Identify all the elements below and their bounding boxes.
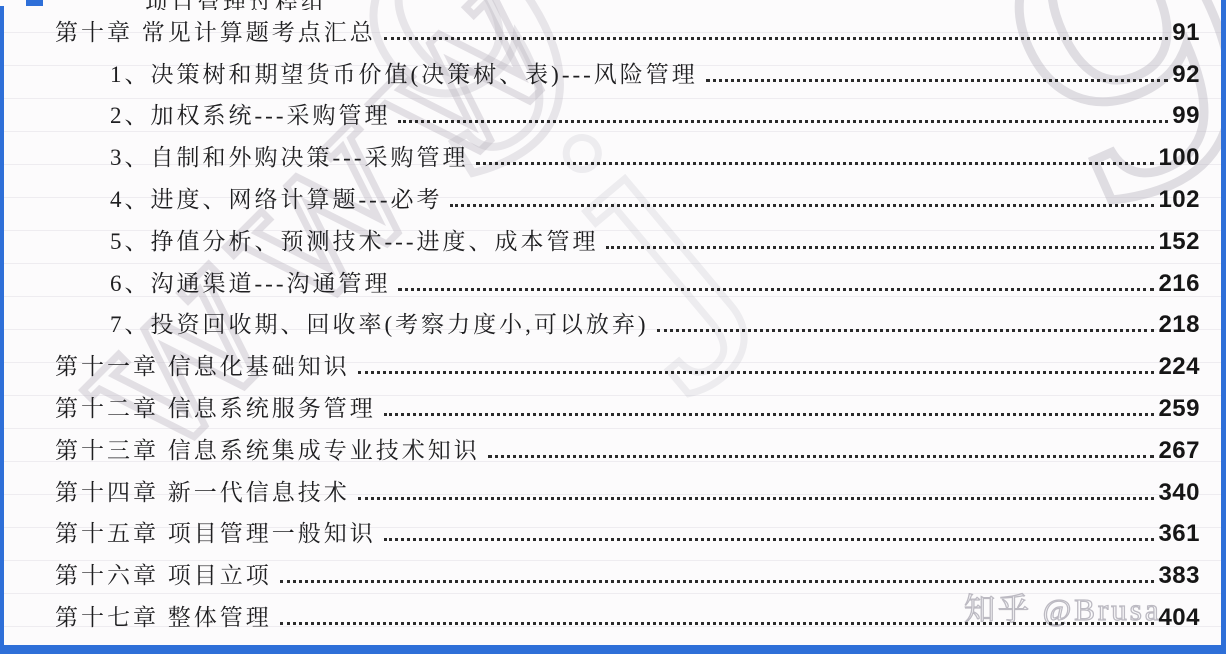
dot-leader	[398, 288, 1154, 291]
toc-entry-title: 5、挣值分析、预测技术---进度、成本管理	[110, 228, 598, 255]
toc-entry: 第十五章 项目管理一般知识361	[0, 506, 1226, 548]
toc-entry-page: 267	[1158, 438, 1200, 464]
dot-leader	[606, 246, 1154, 249]
toc-entry: 4、进度、网络计算题---必考102	[0, 171, 1226, 213]
selection-border-right	[1221, 0, 1226, 654]
toc-entry-page: 218	[1158, 312, 1200, 338]
dot-leader	[384, 37, 1169, 40]
selection-border-bottom	[0, 645, 1226, 654]
dot-leader	[398, 120, 1168, 123]
toc-entry-title: 2、加权系统---采购管理	[110, 102, 390, 129]
toc-entry: 2、加权系统---采购管理99	[0, 88, 1226, 130]
dot-leader	[476, 162, 1154, 165]
dot-leader	[657, 329, 1155, 332]
toc-entry-title: 1、决策树和期望货币价值(决策树、表)---风险管理	[110, 61, 698, 88]
toc-entry-title: 第十二章 信息系统服务管理	[55, 395, 376, 422]
toc-entry: 1、决策树和期望货币价值(决策树、表)---风险管理92	[0, 46, 1226, 88]
dot-leader	[358, 371, 1155, 374]
toc-entry-page: 259	[1158, 396, 1200, 422]
toc-entry: 第十四章 新一代信息技术340	[0, 464, 1226, 506]
toc-entry: 第十六章 项目立项383	[0, 547, 1226, 589]
toc-entry-title: 第十三章 信息系统集成专业技术知识	[55, 437, 480, 464]
toc-entry: 3、自制和外购决策---采购管理100	[0, 129, 1226, 171]
toc-entry-page: 102	[1158, 187, 1200, 213]
toc-entry-title: 第十七章 整体管理	[55, 604, 272, 631]
toc-entry-page: 383	[1158, 563, 1200, 589]
toc-entry-title: 4、进度、网络计算题---必考	[110, 186, 442, 213]
dot-leader	[450, 204, 1154, 207]
toc-entry-title: 第十章 常见计算题考点汇总	[55, 19, 376, 46]
toc-entry-title: 6、沟通渠道---沟通管理	[110, 270, 390, 297]
selection-border-left	[0, 6, 4, 654]
toc-entry-page: 404	[1158, 605, 1200, 631]
toc-entry: 5、挣值分析、预测技术---进度、成本管理152	[0, 213, 1226, 255]
dot-leader	[280, 580, 1155, 583]
dot-leader	[706, 79, 1169, 82]
dot-leader	[384, 413, 1155, 416]
toc-entry-title: 3、自制和外购决策---采购管理	[110, 144, 468, 171]
dot-leader	[358, 497, 1155, 500]
toc-entry: 6、沟通渠道---沟通管理216	[0, 255, 1226, 297]
dot-leader	[280, 622, 1155, 625]
toc-entry-title: 第十六章 项目立项	[55, 562, 272, 589]
toc-entry-page: 152	[1158, 229, 1200, 255]
toc-entry-page: 340	[1158, 480, 1200, 506]
toc-entry-page: 92	[1172, 62, 1200, 88]
toc-entry-page: 99	[1172, 103, 1200, 129]
toc-entry: 7、投资回收期、回收率(考察力度小,可以放弃)218	[0, 297, 1226, 339]
toc-entry-title: 第十五章 项目管理一般知识	[55, 520, 376, 547]
toc-entry: 第十一章 信息化基础知识224	[0, 338, 1226, 380]
toc-entry-title: 第十一章 信息化基础知识	[55, 353, 350, 380]
dot-leader	[384, 538, 1155, 541]
toc-entry-page: 100	[1158, 145, 1200, 171]
toc-entry-page: 224	[1158, 354, 1200, 380]
dot-leader	[488, 455, 1155, 458]
toc-list: 第十章 常见计算题考点汇总911、决策树和期望货币价值(决策树、表)---风险管…	[0, 4, 1226, 631]
toc-entry: 第十七章 整体管理404	[0, 589, 1226, 631]
toc-entry: 第十三章 信息系统集成专业技术知识267	[0, 422, 1226, 464]
toc-entry-page: 361	[1158, 521, 1200, 547]
toc-entry-page: 91	[1172, 20, 1200, 46]
toc-entry-page: 216	[1158, 271, 1200, 297]
toc-entry: 第十章 常见计算题考点汇总91	[0, 4, 1226, 46]
toc-entry: 第十二章 信息系统服务管理259	[0, 380, 1226, 422]
selection-border-top-nub	[26, 0, 43, 6]
document-page: www 9 9 j 知乎 @Brusa 项目管理过程组 第十章 常见计算题考点汇…	[0, 0, 1226, 654]
toc-entry-title: 第十四章 新一代信息技术	[55, 479, 350, 506]
toc-entry-title: 7、投资回收期、回收率(考察力度小,可以放弃)	[110, 311, 649, 338]
